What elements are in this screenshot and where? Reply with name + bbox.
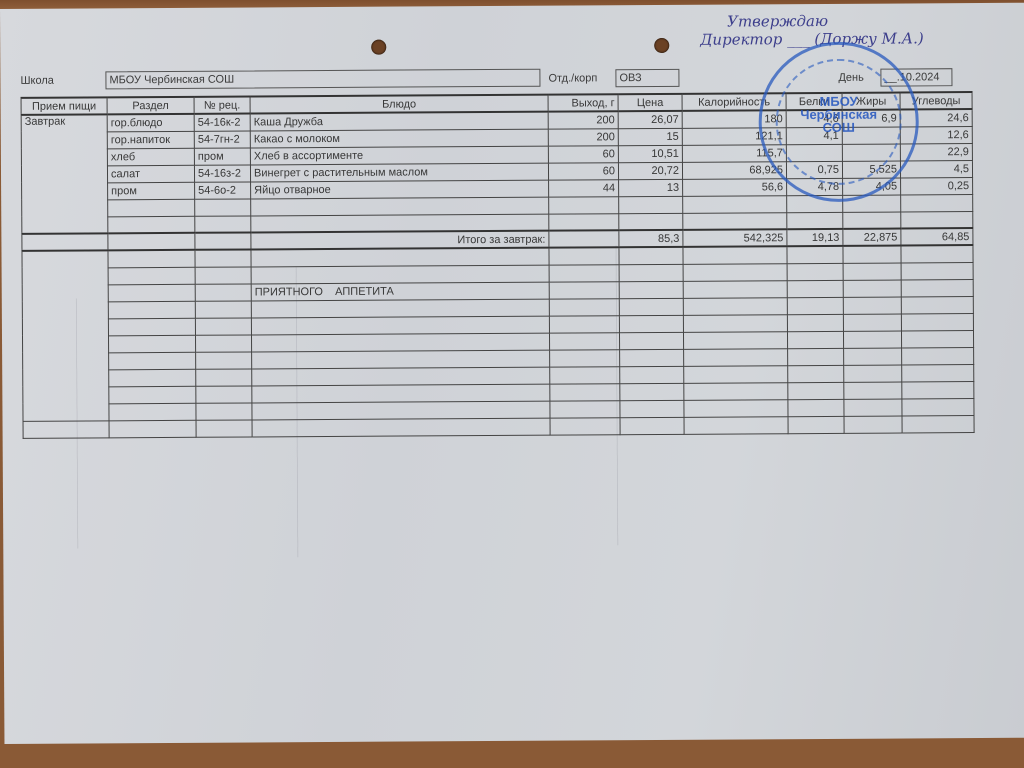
total-label: Итого за завтрак: <box>251 231 549 250</box>
total-kcal: 542,325 <box>683 229 787 247</box>
section-cell: хлеб <box>107 148 194 166</box>
total-price: 85,3 <box>619 230 683 247</box>
col-header-yield: Выход, г <box>548 94 618 111</box>
price-cell: 26,07 <box>618 111 682 128</box>
total-protein: 19,13 <box>787 229 843 246</box>
col-header-section: Раздел <box>107 97 194 115</box>
punch-hole <box>371 40 386 55</box>
total-fat: 22,875 <box>843 229 901 246</box>
meal-cell: Завтрак <box>21 114 108 234</box>
school-label: Школа <box>20 75 54 87</box>
section-cell: салат <box>107 165 194 183</box>
recipe-cell: пром <box>194 147 250 164</box>
punch-hole <box>654 38 669 53</box>
recipe-cell: 54-16к-2 <box>194 113 250 130</box>
price-cell: 20,72 <box>618 162 682 179</box>
price-cell: 13 <box>619 179 683 196</box>
price-cell: 15 <box>618 128 682 145</box>
col-header-price: Цена <box>618 94 682 111</box>
total-carbs: 64,85 <box>901 228 973 245</box>
school-field: МБОУ Чербинская СОШ <box>105 69 540 90</box>
footer-note: ПРИЯТНОГО АППЕТИТА <box>251 282 549 301</box>
dish-cell: Какао с молоком <box>250 129 548 148</box>
dept-label: Отд./корп <box>548 72 597 84</box>
yield-cell: 44 <box>549 179 619 196</box>
col-header-recipe: № рец. <box>194 96 250 113</box>
yield-cell: 60 <box>548 162 618 179</box>
official-stamp: МБОУ Чербинская СОШ <box>758 41 919 202</box>
section-cell: пром <box>108 182 195 200</box>
recipe-cell: 54-6о-2 <box>195 181 251 198</box>
kcal-cell: 56,6 <box>683 178 787 196</box>
yield-cell: 200 <box>548 128 618 145</box>
carbs-cell: 4,5 <box>900 160 972 177</box>
stamp-line: СОШ <box>762 120 916 134</box>
dept-field: ОВЗ <box>615 69 679 87</box>
stamp-center-text: МБОУ Чербинская СОШ <box>762 94 916 134</box>
carbs-cell: 0,25 <box>901 177 973 194</box>
yield-cell: 200 <box>548 111 618 128</box>
approval-handwriting-line1: Утверждаю <box>727 12 828 31</box>
dish-cell: Каша Дружба <box>250 112 548 131</box>
dish-cell: Винегрет с растительным маслом <box>250 163 548 182</box>
recipe-cell: 54-7гн-2 <box>194 130 250 147</box>
section-cell: гор.напиток <box>107 131 194 149</box>
recipe-cell: 54-16з-2 <box>194 164 250 181</box>
dish-cell: Яйцо отварное <box>251 180 549 199</box>
menu-document: ————————————————————————— ——————————————… <box>0 3 1024 744</box>
col-header-dish: Блюдо <box>250 95 548 114</box>
col-header-meal: Прием пищи <box>21 97 107 115</box>
dish-cell: Хлеб в ассортименте <box>250 146 548 165</box>
section-cell: гор.блюдо <box>107 114 194 132</box>
price-cell: 10,51 <box>618 145 682 162</box>
yield-cell: 60 <box>548 145 618 162</box>
